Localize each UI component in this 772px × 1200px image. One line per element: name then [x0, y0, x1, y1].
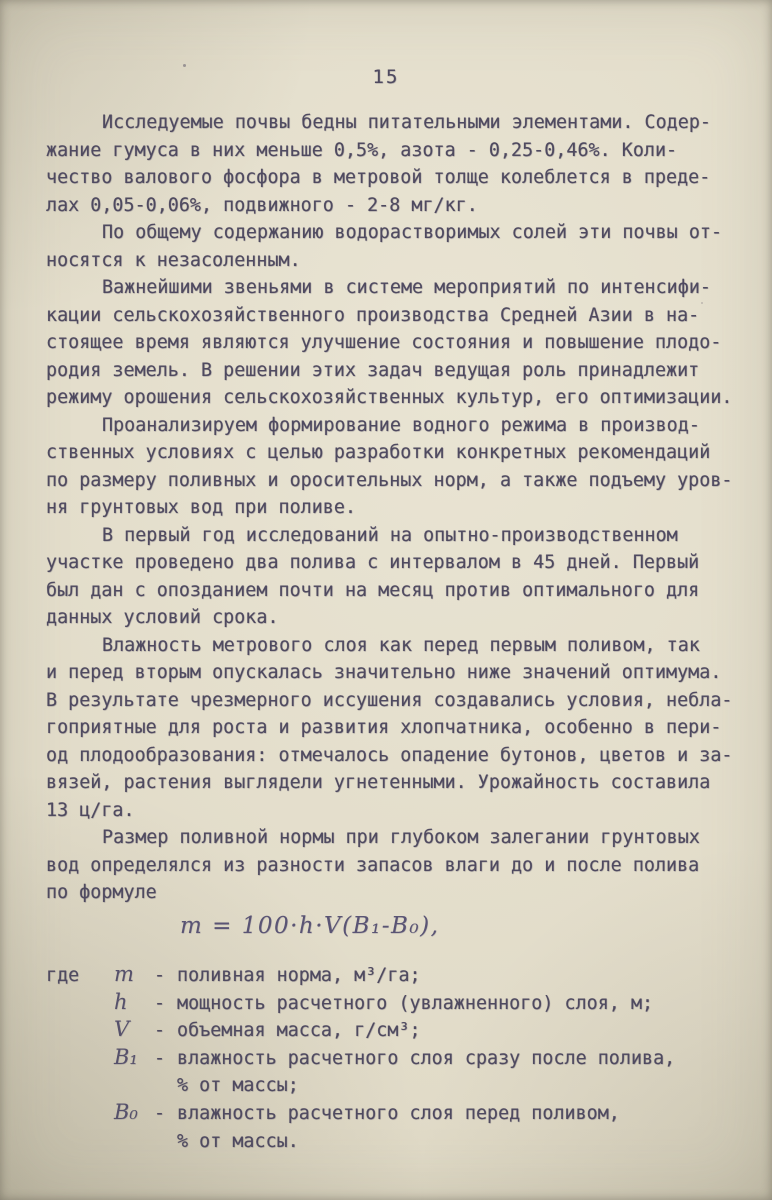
text-line: По общему содержанию водорастворимых сол…	[46, 219, 746, 247]
page-number: 15	[0, 66, 772, 88]
text-line: Влажность метрового слоя как перед первы…	[46, 632, 746, 660]
definition: мощность расчетного (увлажненного) слоя,…	[177, 990, 756, 1018]
text-line: вязей, растения выглядели угнетенными. У…	[46, 769, 746, 797]
definition-line: влажность расчетного слоя сразу после по…	[177, 1045, 756, 1073]
text-line: по формуле	[46, 879, 746, 907]
dash: -	[154, 962, 177, 990]
text-line: и перед вторым опускалась значительно ни…	[46, 659, 746, 687]
text-line: Размер поливной нормы при глубоком залег…	[46, 824, 746, 852]
text-line: по размеру поливных и оросительных норм,…	[46, 467, 746, 495]
definition: объемная масса, г/см³;	[177, 1017, 756, 1045]
paragraph: Важнейшими звеньями в системе мероприяти…	[46, 274, 746, 412]
where-label	[46, 1045, 114, 1100]
where-item: B₁-влажность расчетного слоя сразу после…	[46, 1045, 756, 1100]
formula-symbol: B₁	[114, 1044, 154, 1099]
paragraph: Размер поливной нормы при глубоком залег…	[46, 824, 746, 907]
formula-symbol: V	[114, 1016, 154, 1044]
text-line: данных условий срока.	[46, 604, 746, 632]
dash: -	[154, 990, 177, 1018]
dash: -	[154, 1017, 177, 1045]
definition-line: поливная норма, м³/га;	[177, 962, 756, 990]
text-line: лах 0,05-0,06%, подвижного - 2-8 мг/кг.	[46, 192, 746, 220]
text-line: В результате чрезмерного иссушения созда…	[46, 687, 746, 715]
text-line: ня грунтовых вод при поливе.	[46, 494, 746, 522]
text-line: Важнейшими звеньями в системе мероприяти…	[46, 274, 746, 302]
text-line: участке проведено два полива с интервало…	[46, 549, 746, 577]
definition: поливная норма, м³/га;	[177, 962, 756, 990]
paragraph: По общему содержанию водорастворимых сол…	[46, 219, 746, 274]
text-line: носятся к незасоленным.	[46, 247, 746, 275]
definition-line: влажность расчетного слоя перед поливом,	[177, 1100, 756, 1128]
text-line: гоприятные для роста и развития хлопчатн…	[46, 714, 746, 742]
where-label	[46, 990, 114, 1018]
where-label: где	[46, 962, 114, 990]
formula-symbol: B₀	[114, 1099, 154, 1154]
text-line: режиму орошения сельскохозяйственных кул…	[46, 384, 746, 412]
text-line: од плодообразования: отмечалось опадение…	[46, 742, 746, 770]
text-line: кации сельскохозяйственного производства…	[46, 302, 746, 330]
text-line: вод определялся из разности запасов влаг…	[46, 852, 746, 880]
formula-symbol: h	[114, 989, 154, 1017]
text-line: Исследуемые почвы бедны питательными эле…	[46, 109, 746, 137]
text-line: ственных условиях с целью разработки кон…	[46, 439, 746, 467]
body-text: Исследуемые почвы бедны питательными эле…	[46, 109, 746, 907]
formula: m = 100·h·V(B₁-B₀),	[180, 913, 439, 939]
formula-symbol: m	[114, 961, 154, 989]
text-line: чество валового фосфора в метровой толще…	[46, 164, 746, 192]
text-line: 13 ц/га.	[46, 797, 746, 825]
dash: -	[154, 1045, 177, 1100]
definition-line: объемная масса, г/см³;	[177, 1017, 756, 1045]
where-item: V-объемная масса, г/см³;	[46, 1017, 756, 1045]
definition-line: мощность расчетного (увлажненного) слоя,…	[177, 990, 756, 1018]
where-list: гдеm-поливная норма, м³/га;h-мощность ра…	[46, 962, 756, 1155]
paragraph: Проанализируем формирование водного режи…	[46, 412, 746, 522]
text-line: В первый год исследований на опытно-прои…	[46, 522, 746, 550]
text-line: Проанализируем формирование водного режи…	[46, 412, 746, 440]
scanned-page: 15 Исследуемые почвы бедны питательными …	[0, 0, 772, 1200]
dash: -	[154, 1100, 177, 1155]
where-label	[46, 1100, 114, 1155]
paragraph: Влажность метрового слоя как перед первы…	[46, 632, 746, 825]
definition-line: % от массы;	[177, 1072, 756, 1100]
where-label	[46, 1017, 114, 1045]
text-line: родия земель. В решении этих задач ведущ…	[46, 357, 746, 385]
text-line: жание гумуса в них меньше 0,5%, азота - …	[46, 137, 746, 165]
where-item: B₀-влажность расчетного слоя перед полив…	[46, 1100, 756, 1155]
paragraph: В первый год исследований на опытно-прои…	[46, 522, 746, 632]
definition: влажность расчетного слоя перед поливом,…	[177, 1100, 756, 1155]
definition-line: % от массы.	[177, 1128, 756, 1156]
where-item: гдеm-поливная норма, м³/га;	[46, 962, 756, 990]
where-item: h-мощность расчетного (увлажненного) сло…	[46, 990, 756, 1018]
definition: влажность расчетного слоя сразу после по…	[177, 1045, 756, 1100]
text-line: был дан с опозданием почти на месяц прот…	[46, 577, 746, 605]
paragraph: Исследуемые почвы бедны питательными эле…	[46, 109, 746, 219]
text-line: стоящее время являются улучшение состоян…	[46, 329, 746, 357]
